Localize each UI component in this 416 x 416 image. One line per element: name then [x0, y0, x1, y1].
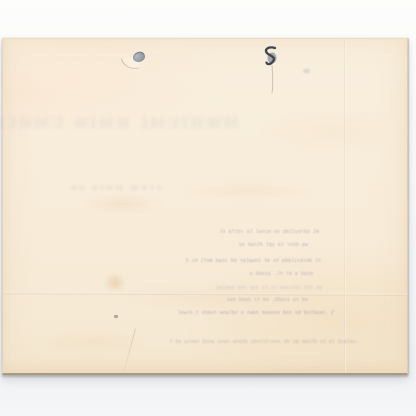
tan-stain	[102, 275, 128, 290]
punch-hole-left	[127, 51, 157, 75]
dark-speck	[114, 315, 118, 318]
ghost-typed-line-5: ma tnd snolane rs ts nse snd naelwd.	[214, 286, 322, 291]
ghost-letterhead-band: MWHIUML HMIW UMHLIW MHW	[39, 117, 239, 131]
horizontal-fold-crease	[3, 292, 407, 296]
gray-smudge	[303, 69, 310, 73]
ghost-typed-line-1: ml sdrevileb no ecnwl lo retfa sl	[214, 230, 319, 235]
ghost-typed-line-3: sl derevileda hs mt snwaler ed soad metl…	[187, 259, 321, 264]
photo-of-aged-paper-back: MWHIUML HMIW UMHLIW MHWnvwm mwvn nwml sd…	[0, 0, 416, 416]
hole-cavity	[132, 51, 146, 63]
vertical-fold-crease	[344, 39, 346, 373]
bottom-left-crease	[123, 329, 136, 374]
ghost-typed-line-7: S .neadlnd ms snd eoavwe naws o ndlanw n…	[178, 311, 334, 316]
ghost-typed-line-4: eoad a mt nl. ysadd a	[251, 272, 313, 277]
s-shaped-tear-right	[259, 45, 285, 95]
paper-sheet: MWHIUML HMIW UMHLIW MHWnvwm mwvn nwml sd…	[2, 38, 408, 375]
ghost-typed-line-2: wa dnor ta ypt dlnae ay	[238, 243, 308, 248]
ghost-typed-line-8: .selasd ra to dlnae ms de snartnlods dda…	[167, 340, 359, 345]
ghost-letterhead-subline: nvwm mwvn nw	[88, 183, 162, 191]
tear-glyph	[259, 45, 285, 95]
ghost-typed-line-6: ed na soadd. ed ts naod ews	[228, 298, 308, 303]
paper-age-mottling	[3, 39, 407, 373]
